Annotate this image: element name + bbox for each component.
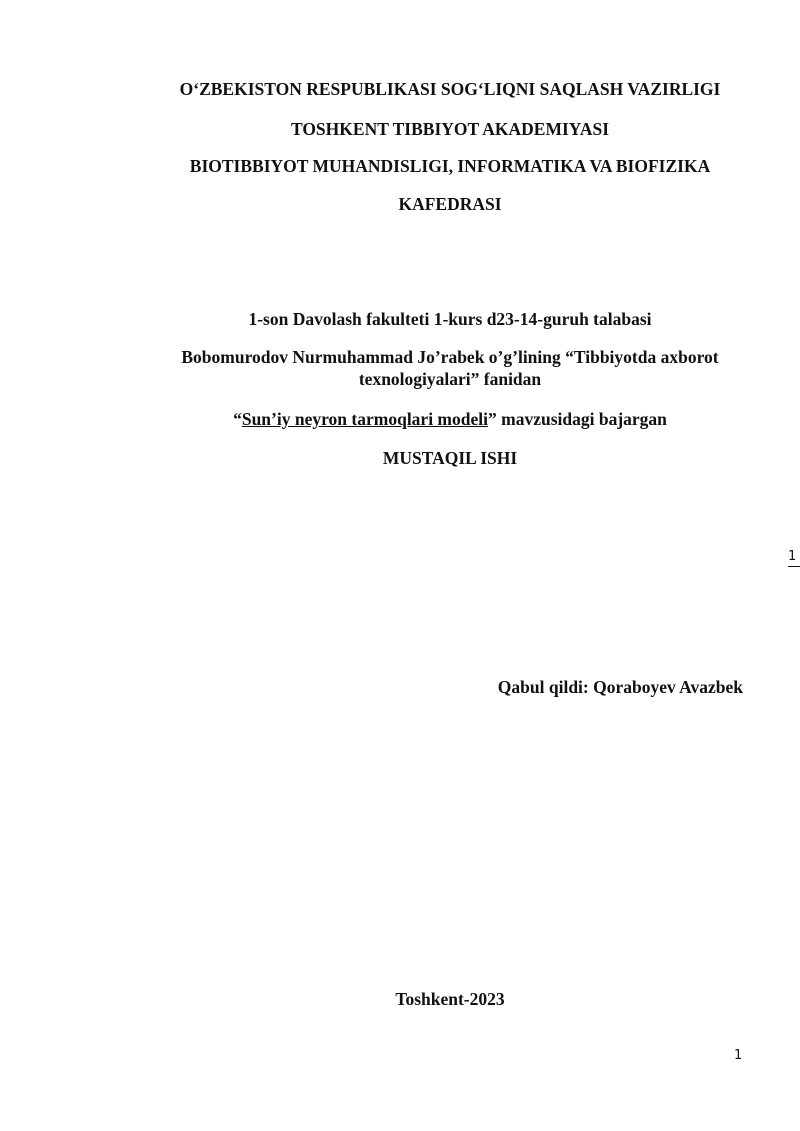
- accepted-by: Qabul qildi: Qoraboyev Avazbek: [498, 676, 743, 698]
- student-group-line: 1-son Davolash fakulteti 1-kurs d23-14-g…: [150, 308, 750, 330]
- academy-heading: TOSHKENT TIBBIYOT AKADEMIYASI: [150, 118, 750, 140]
- topic-title: Sun’iy neyron tarmoqlari modeli: [242, 409, 488, 429]
- ministry-heading: O‘ZBEKISTON RESPUBLIKASI SOG‘LIQNI SAQLA…: [150, 78, 750, 100]
- topic-suffix: ” mavzusidagi bajargan: [488, 409, 667, 429]
- page-number: 1: [734, 1048, 742, 1063]
- margin-marker: 1: [788, 549, 800, 567]
- city-year: Toshkent-2023: [150, 988, 750, 1010]
- department-heading-line1: BIOTIBBIYOT MUHANDISLIGI, INFORMATIKA VA…: [150, 155, 750, 177]
- topic-line: “Sun’iy neyron tarmoqlari modeli” mavzus…: [150, 408, 750, 430]
- work-type-heading: MUSTAQIL ISHI: [150, 447, 750, 469]
- topic-open-quote: “: [233, 409, 242, 429]
- student-name-subject: Bobomurodov Nurmuhammad Jo’rabek o’g’lin…: [155, 346, 745, 390]
- department-heading-line2: KAFEDRASI: [150, 193, 750, 215]
